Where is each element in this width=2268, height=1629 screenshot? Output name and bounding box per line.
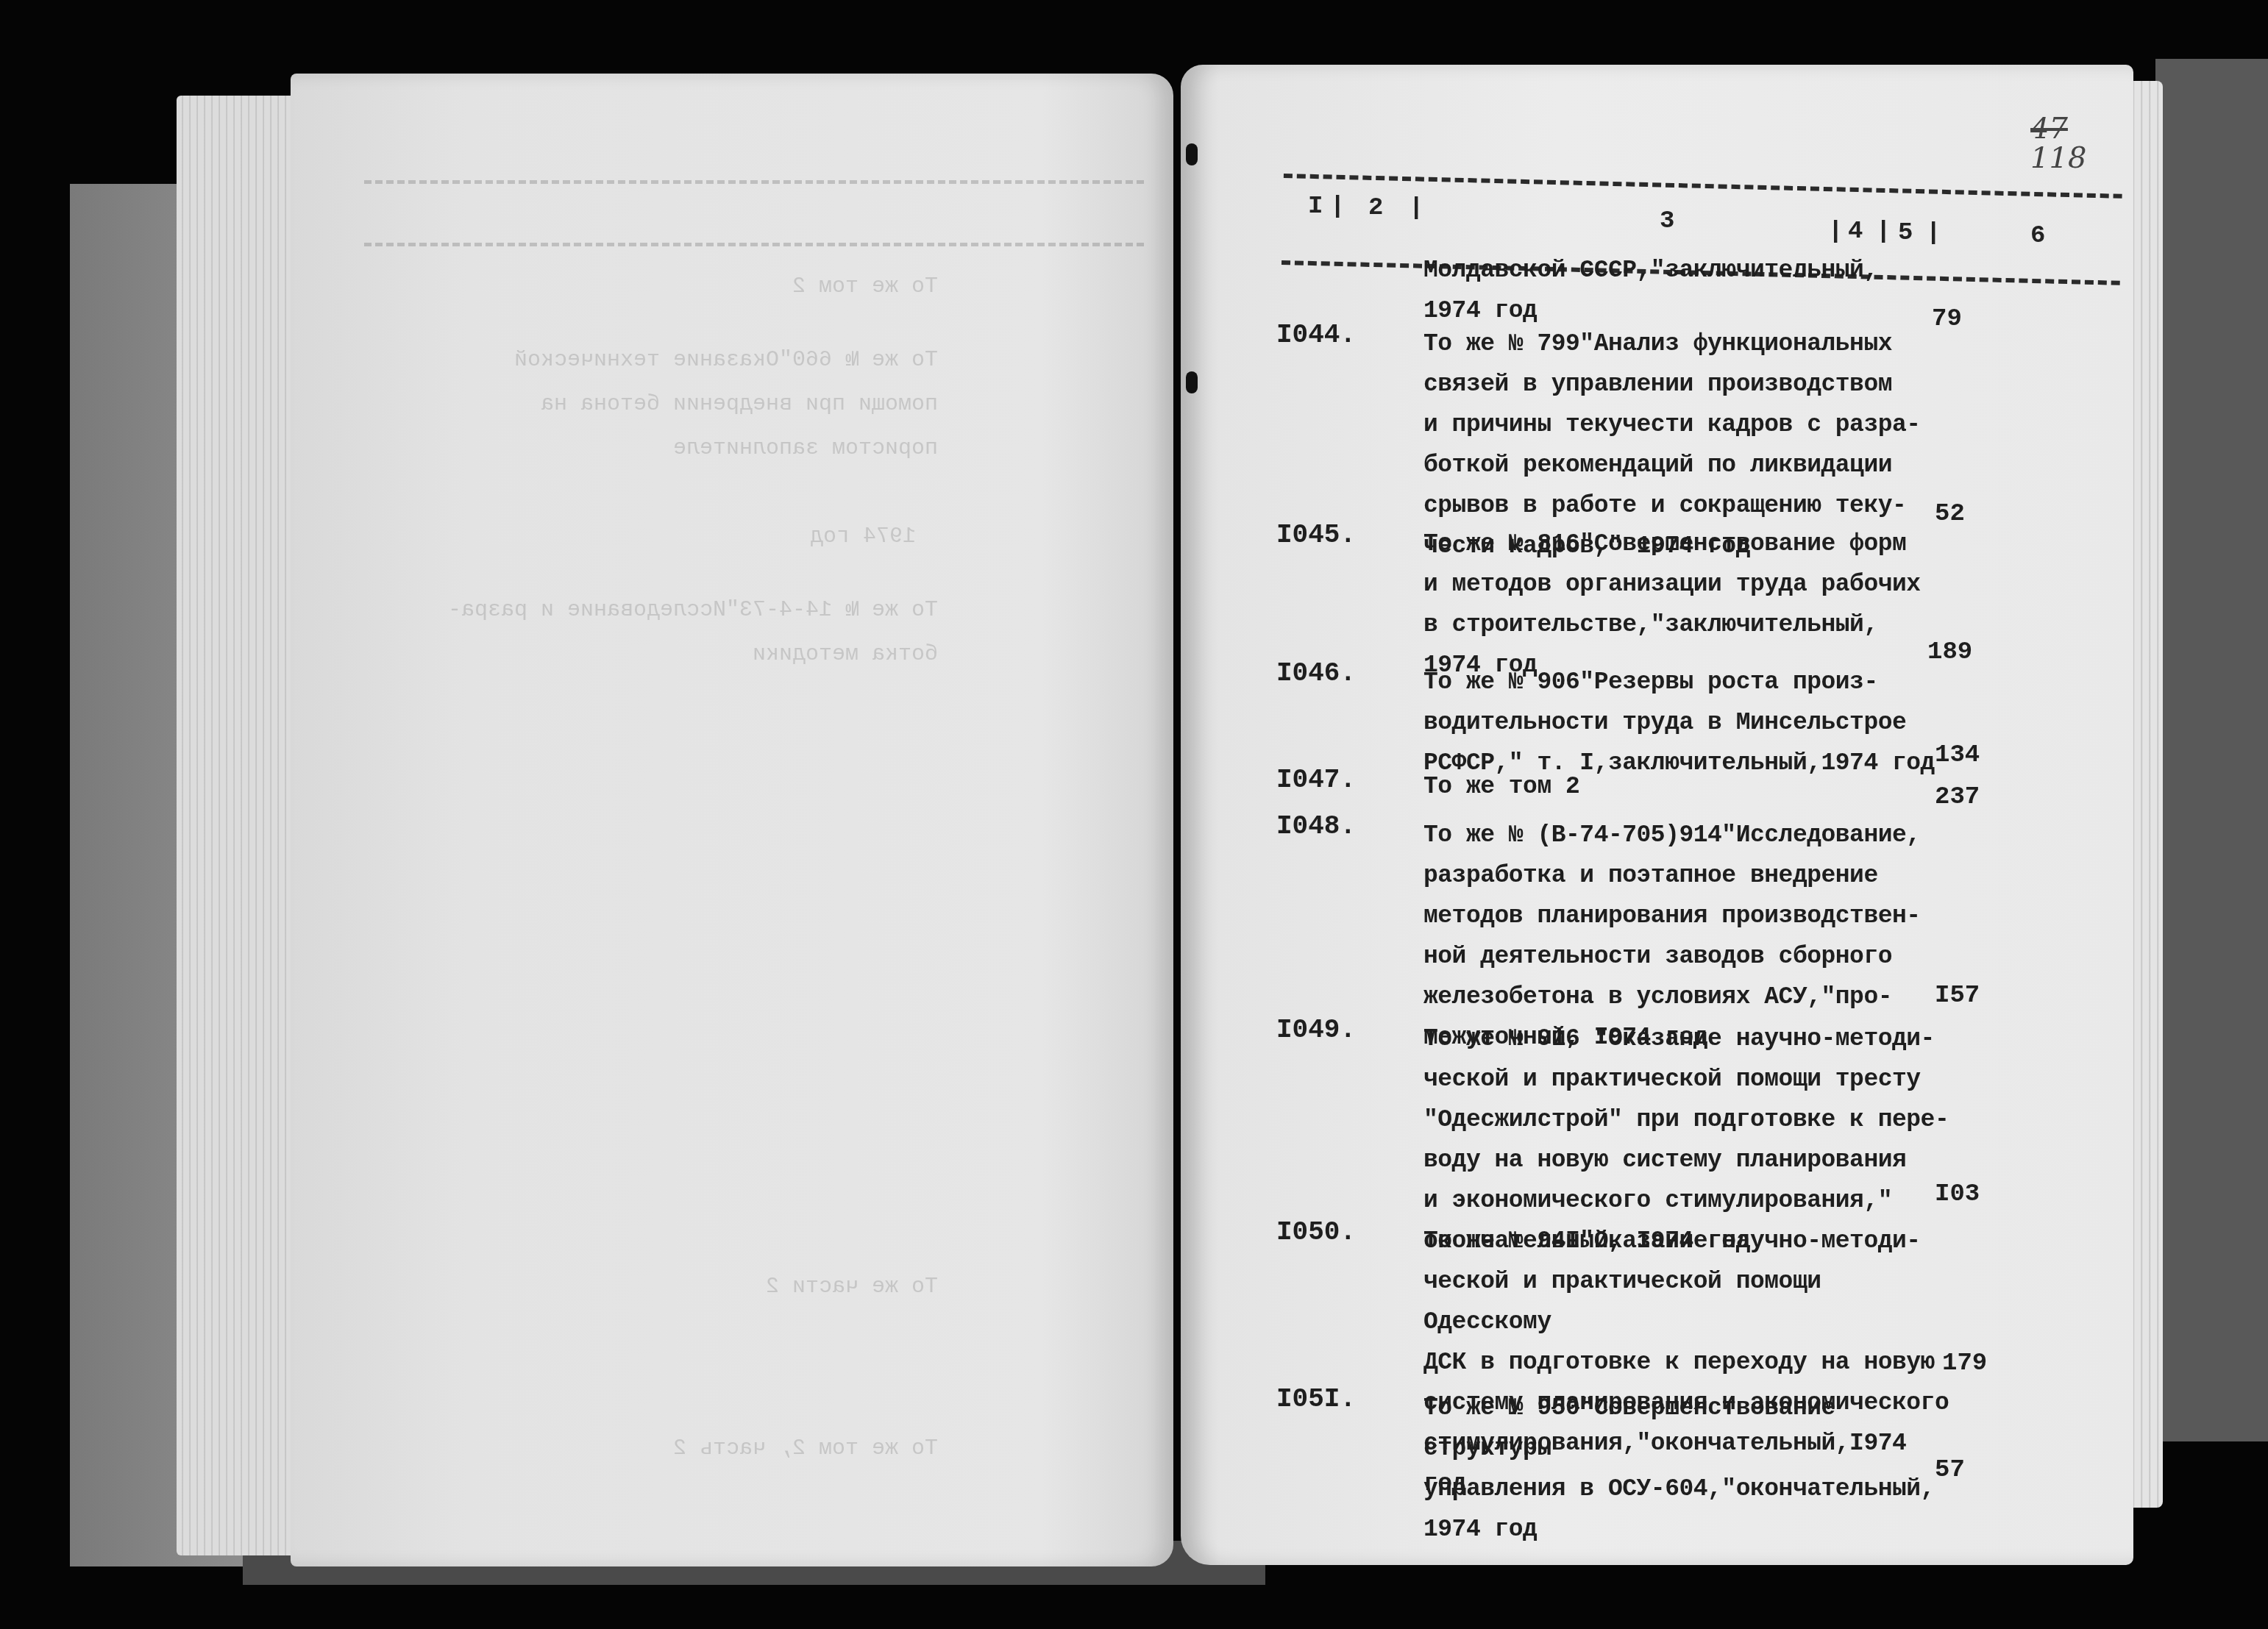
header-divider: | bbox=[1409, 194, 1423, 222]
entry-pages: 134 bbox=[1935, 741, 1980, 769]
entry-number: I048. bbox=[1276, 811, 1356, 841]
header-divider: | bbox=[1330, 193, 1345, 221]
continuation-text: Молдавской СССР,"заключительный, 1974 го… bbox=[1423, 250, 1953, 331]
bleed-line: То же том 2, часть 2 bbox=[673, 1427, 938, 1471]
header-divider: | bbox=[1828, 218, 1843, 246]
entry-number: I05I. bbox=[1276, 1384, 1356, 1414]
entry-pages: 179 bbox=[1942, 1350, 1987, 1377]
header-col-4: 4 bbox=[1848, 218, 1863, 246]
binding-hole-top bbox=[1186, 143, 1198, 165]
left-page-verso: То же том 2 То же № 660"Оказание техниче… bbox=[291, 74, 1173, 1566]
bleed-header-band bbox=[364, 180, 1144, 246]
bleed-line: То же № 660"Оказание технической bbox=[514, 338, 938, 382]
bleed-line: пористом заполнителе bbox=[673, 427, 938, 471]
bleed-line: ботка методики bbox=[753, 632, 938, 677]
entry-pages: 57 bbox=[1935, 1456, 1965, 1484]
header-col-2: 2 bbox=[1368, 194, 1383, 222]
entry-text: То же № 816"Совершенствование форм и мет… bbox=[1423, 524, 1953, 685]
entry-number: I049. bbox=[1276, 1015, 1356, 1045]
header-divider: | bbox=[1926, 219, 1941, 247]
entry-number: I044. bbox=[1276, 320, 1356, 350]
bleed-line: То же том 2 bbox=[792, 265, 938, 309]
entry-number: I047. bbox=[1276, 765, 1356, 795]
entry-text: То же том 2 bbox=[1423, 766, 1953, 807]
folio-crossed-out: 47 bbox=[2030, 114, 2086, 143]
entry-number: I050. bbox=[1276, 1217, 1356, 1247]
header-col-5: 5 bbox=[1898, 219, 1913, 247]
entry-text: То же № 950"Совершенствование структуры … bbox=[1423, 1388, 1953, 1550]
header-divider: | bbox=[1876, 218, 1891, 246]
bleed-line: 1974 год bbox=[810, 515, 916, 559]
bleed-line: То же № 14-4-73"Исследование и разра- bbox=[448, 588, 938, 632]
entry-pages: I03 bbox=[1935, 1180, 1980, 1208]
binding-hole-bottom bbox=[1186, 371, 1198, 393]
entry-number: I045. bbox=[1276, 520, 1356, 550]
header-col-3: 3 bbox=[1660, 207, 1674, 235]
entry-text: То же № 906"Резервы роста произ- водител… bbox=[1423, 662, 1953, 783]
entry-number: I046. bbox=[1276, 658, 1356, 688]
header-col-6: 6 bbox=[2030, 222, 2045, 250]
entry-pages: I57 bbox=[1935, 982, 1980, 1010]
bleed-line: То же части 2 bbox=[766, 1265, 938, 1309]
folio-current: 118 bbox=[2030, 143, 2086, 173]
entry-pages: 237 bbox=[1935, 783, 1980, 811]
bleed-line: помощи при внедрении бетона на bbox=[541, 382, 938, 427]
book-cover-right bbox=[2155, 59, 2268, 1441]
header-col-1: I bbox=[1308, 193, 1323, 221]
mirrored-bleed-through: То же том 2 То же № 660"Оказание техниче… bbox=[291, 74, 1173, 1566]
handwritten-folio-number: 47 118 bbox=[2030, 114, 2086, 173]
